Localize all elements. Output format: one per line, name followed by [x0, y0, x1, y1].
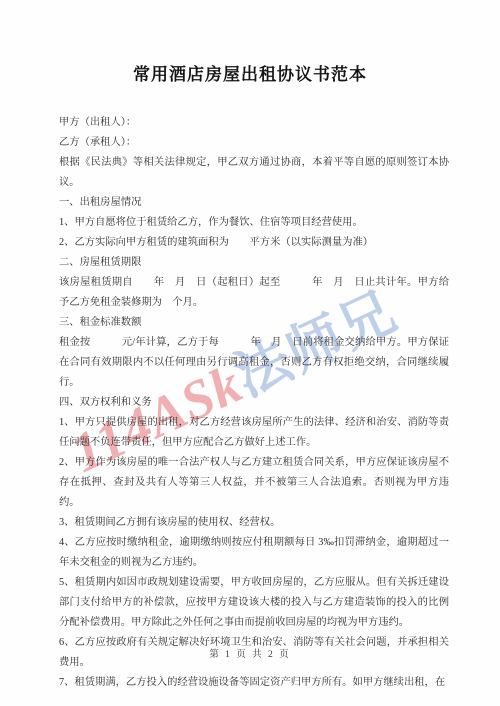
paragraph: 一、出租房屋情况 [59, 193, 449, 213]
document-body: 甲方（出租人）：乙方（承租人）：根据《民法典》等相关法律规定，甲乙双方通过协商，… [59, 113, 449, 693]
paragraph: 二、房屋租赁期限 [59, 253, 449, 273]
paragraph: 1、甲方只提供房屋的出租，对乙方经营该房屋所产生的法律、经济和治安、消防等责任问… [59, 413, 449, 453]
paragraph: 5、租赁期内如因市政规划建设需要，甲方收回房屋的，乙方应服从。但有关拆迁建设部门… [59, 573, 449, 633]
paragraph: 2、乙方实际向甲方租赁的建筑面积为 平方米（以实际测量为准） [59, 233, 449, 253]
paragraph: 三、租金标准数额 [59, 313, 449, 333]
paragraph: 租金按 元/年计算，乙方于每 年 月 日前将租金交纳给甲方。甲方保证在合同有效期… [59, 333, 449, 393]
paragraph: 7、租赁期满，乙方投入的经营设施设备等固定资产归甲方所有。如甲方继续出租，在 [59, 673, 449, 693]
document-title: 常用酒店房屋出租协议书范本 [0, 60, 500, 85]
paragraph: 甲方（出租人）： [59, 113, 449, 133]
paragraph: 2、甲方作为该房屋的唯一合法产权人与乙方建立租赁合同关系，甲方应保证该房屋不存在… [59, 453, 449, 513]
paragraph: 根据《民法典》等相关法律规定，甲乙双方通过协商，本着平等自愿的原则签订本协议。 [59, 153, 449, 193]
page-number-footer: 第 1 页 共 2 页 [0, 646, 500, 660]
paragraph: 1、甲方自愿将位于租赁给乙方，作为餐饮、住宿等项目经营使用。 [59, 213, 449, 233]
document-page: 114ASk法师兄 常用酒店房屋出租协议书范本 甲方（出租人）：乙方（承租人）：… [0, 0, 500, 706]
paragraph: 乙方（承租人）： [59, 133, 449, 153]
paragraph: 四、双方权利和义务 [59, 393, 449, 413]
paragraph: 3、租赁期间乙方拥有该房屋的使用权、经营权。 [59, 513, 449, 533]
paragraph: 4、乙方应按时缴纳租金，逾期缴纳则按应付租期额每日 3‰扣罚滞纳金，逾期超过一年… [59, 533, 449, 573]
paragraph: 该房屋租赁期自 年 月 日（起租日）起至 年 月 日止共计年。甲方给予乙方免租金… [59, 273, 449, 313]
